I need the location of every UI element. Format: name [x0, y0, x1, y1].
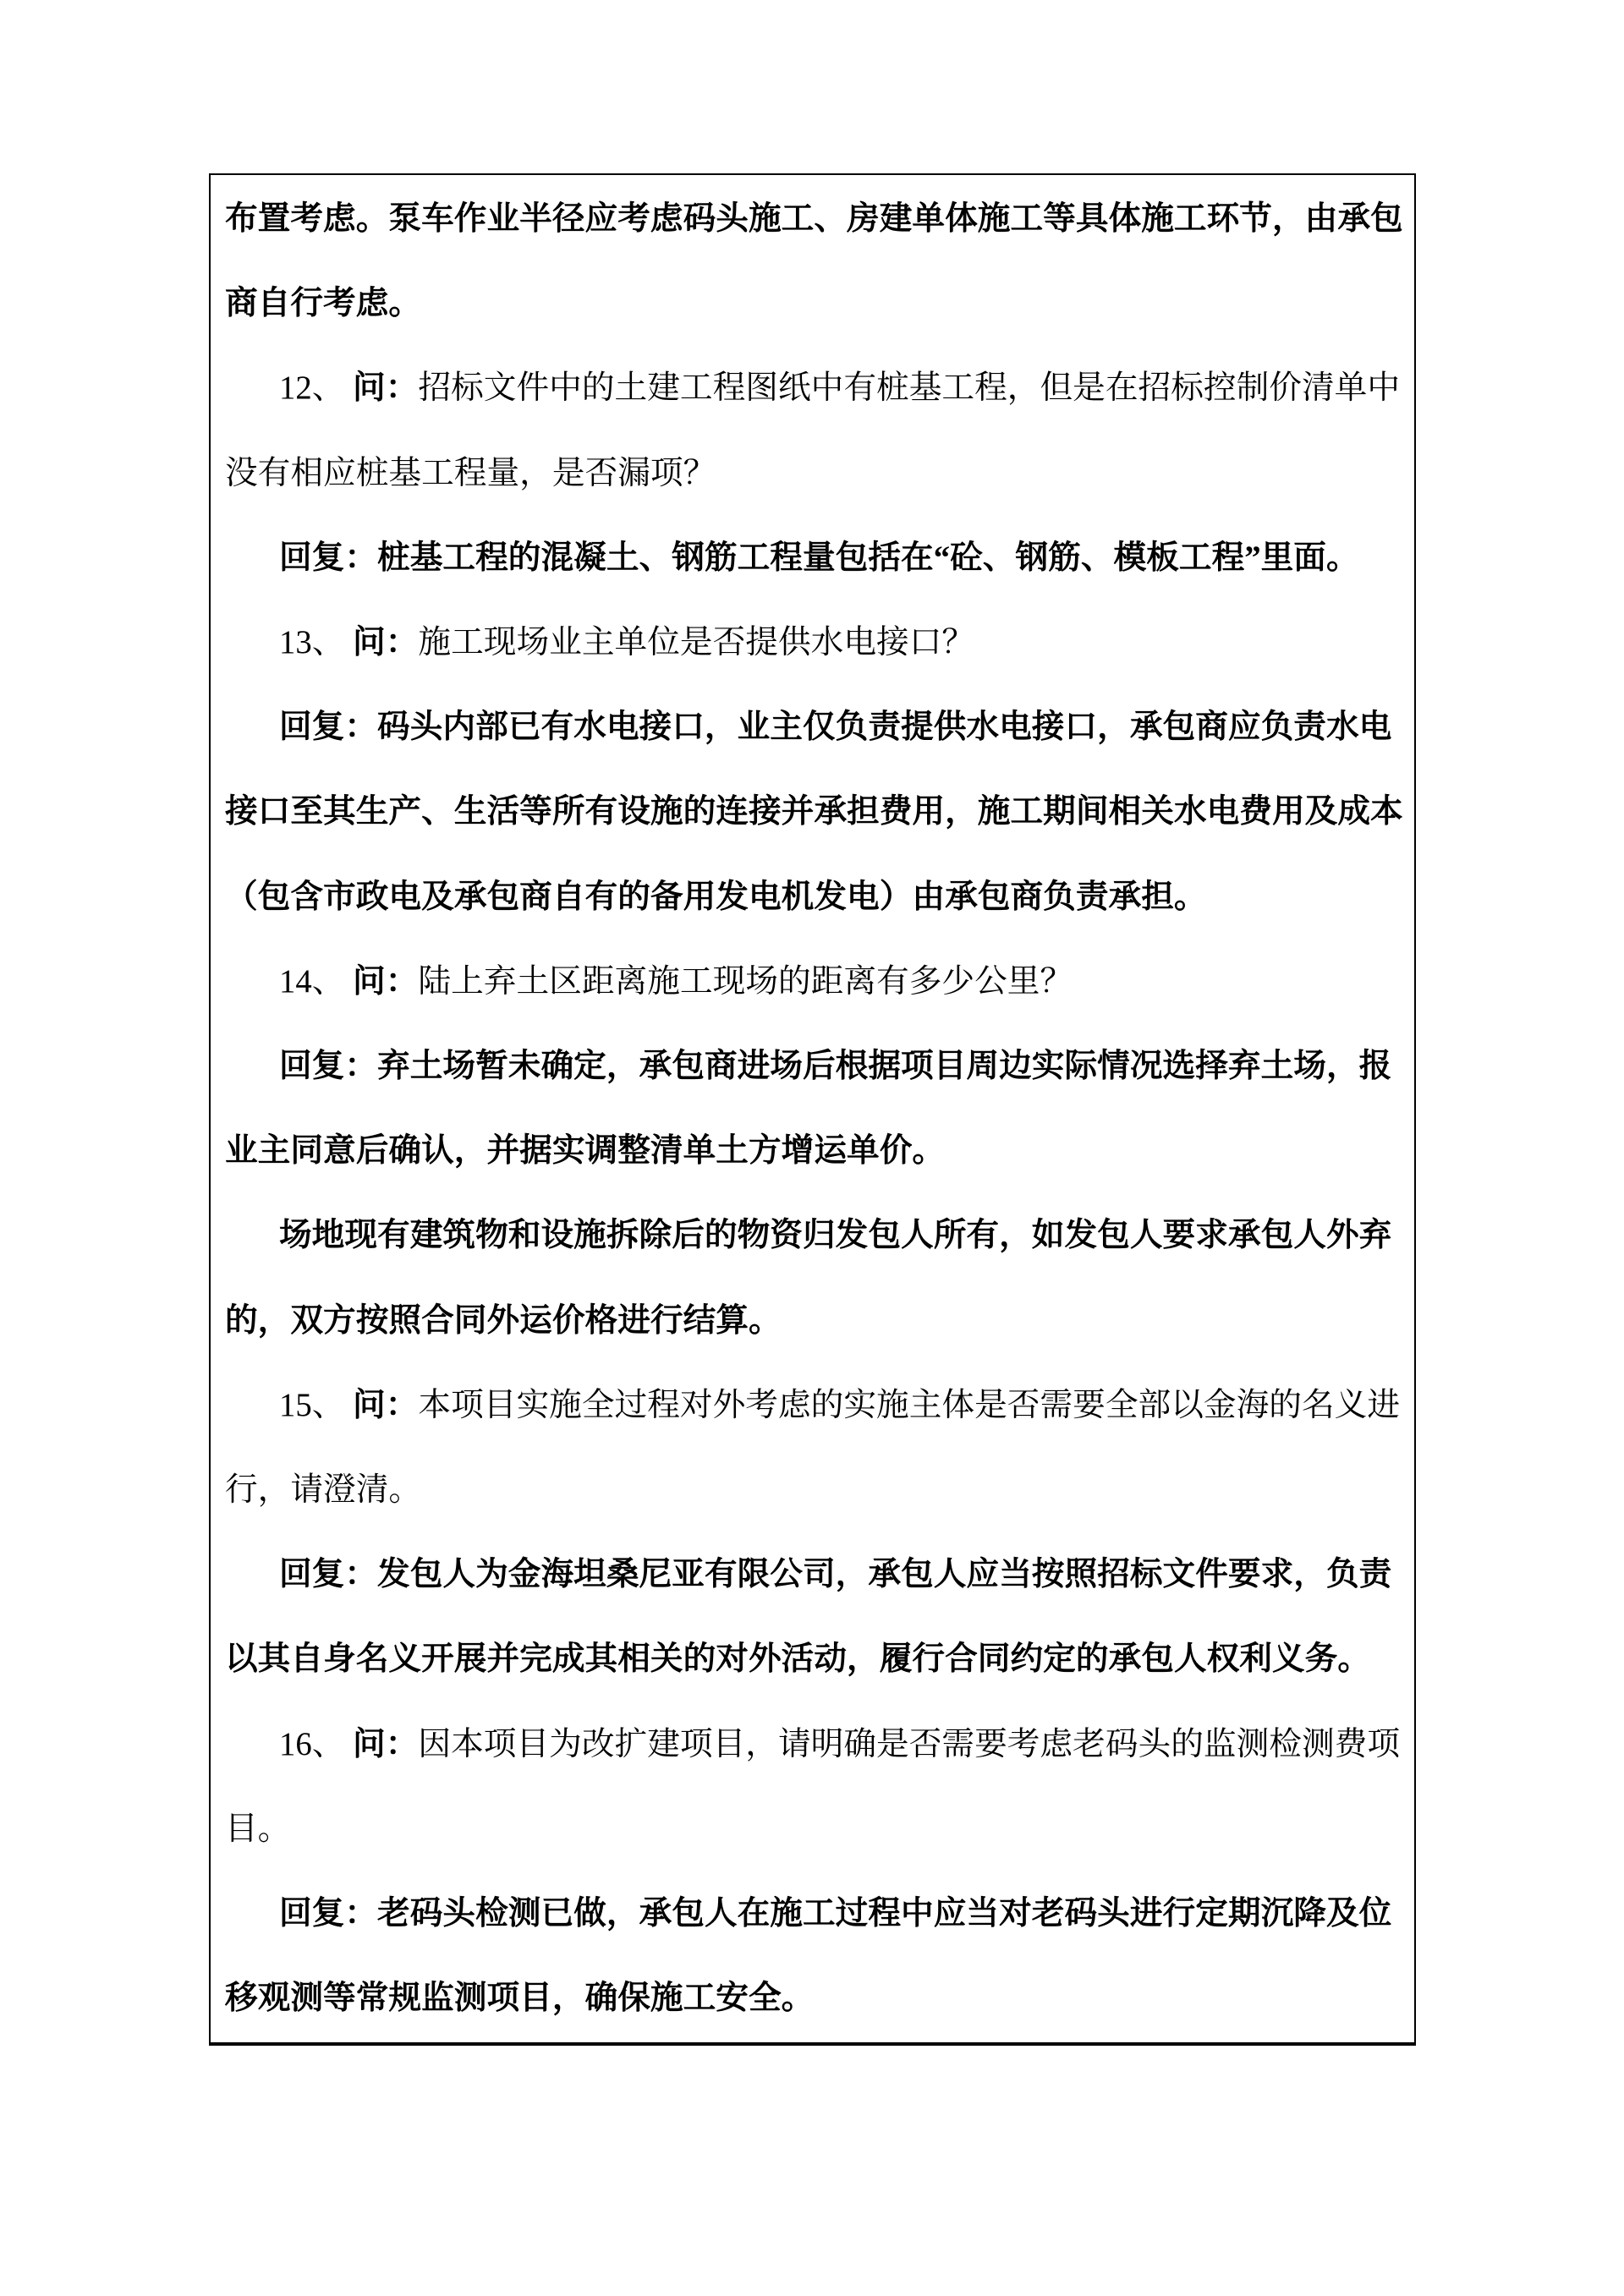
text-line-6: 13、 问：施工现场业主单位是否提供水电接口？ — [225, 600, 1407, 685]
text-line-9: （包含市政电及承包商自有的备用发电机发电）由承包商负责承担。 — [225, 855, 1407, 940]
text-line-21: 回复：老码头检测已做，承包人在施工过程中应当对老码头进行定期沉降及位 — [225, 1871, 1407, 1956]
text-segment-bold: 回复：发包人为金海坦桑尼亚有限公司，承包人应当按照招标文件要求，负责 — [279, 1557, 1391, 1592]
text-line-11: 回复：弃土场暂未确定，承包商进场后根据项目周边实际情况选择弃土场，报 — [225, 1024, 1407, 1109]
text-line-14: 的，双方按照合同外运价格进行结算。 — [225, 1279, 1407, 1363]
text-segment: 13、 — [279, 625, 353, 660]
text-segment-bold: 问： — [353, 964, 418, 1000]
text-segment-bold: 问： — [353, 625, 418, 660]
text-segment: 目。 — [225, 1811, 290, 1847]
text-segment-bold: 布置考虑。泵车作业半径应考虑码头施工、房建单体施工等具体施工环节，由承包 — [225, 201, 1403, 237]
text-segment-bold: 问： — [353, 370, 418, 406]
text-segment-bold: （包含市政电及承包商自有的备用发电机发电）由承包商负责承担。 — [225, 879, 1207, 915]
text-line-8: 接口至其生产、生活等所有设施的连接并承担费用，施工期间相关水电费用及成本 — [225, 770, 1407, 854]
text-segment-bold: 回复：老码头检测已做，承包人在施工过程中应当对老码头进行定期沉降及位 — [279, 1896, 1391, 1932]
text-line-20: 目。 — [225, 1787, 1407, 1871]
text-segment: 16、 — [279, 1727, 353, 1762]
text-segment-bold: 移观测等常规监测项目，确保施工安全。 — [225, 1981, 814, 2016]
qa-table-cell: 布置考虑。泵车作业半径应考虑码头施工、房建单体施工等具体施工环节，由承包商自行考… — [209, 173, 1416, 2046]
text-line-15: 15、 问：本项目实施全过程对外考虑的实施主体是否需要全部以金海的名义进 — [225, 1363, 1407, 1448]
text-segment-bold: 以其自身名义开展并完成其相关的对外活动，履行合同约定的承包人权利义务。 — [225, 1641, 1370, 1677]
text-segment: 因本项目为改扩建项目，请明确是否需要考虑老码头的监测检测费项 — [418, 1727, 1400, 1762]
text-segment: 招标文件中的土建工程图纸中有桩基工程，但是在招标控制价清单中 — [418, 370, 1400, 406]
text-segment-bold: 问： — [353, 1388, 418, 1423]
text-segment: 行，请澄清。 — [225, 1472, 421, 1508]
text-segment: 12、 — [279, 370, 353, 406]
text-segment-bold: 商自行考虑。 — [225, 286, 421, 321]
text-segment: 14、 — [279, 964, 353, 1000]
text-line-2: 商自行考虑。 — [225, 261, 1407, 346]
text-segment-bold: 回复：弃土场暂未确定，承包商进场后根据项目周边实际情况选择弃土场，报 — [279, 1049, 1391, 1084]
text-segment-bold: 回复：码头内部已有水电接口，业主仅负责提供水电接口，承包商应负责水电 — [279, 710, 1391, 745]
text-line-18: 以其自身名义开展并完成其相关的对外活动，履行合同约定的承包人权利义务。 — [225, 1617, 1407, 1701]
text-line-3: 12、 问：招标文件中的土建工程图纸中有桩基工程，但是在招标控制价清单中 — [225, 346, 1407, 430]
text-line-22: 移观测等常规监测项目，确保施工安全。 — [225, 1956, 1407, 2041]
text-line-4: 没有相应桩基工程量，是否漏项？ — [225, 431, 1407, 516]
text-segment-bold: 接口至其生产、生活等所有设施的连接并承担费用，施工期间相关水电费用及成本 — [225, 794, 1403, 830]
text-line-1: 布置考虑。泵车作业半径应考虑码头施工、房建单体施工等具体施工环节，由承包 — [225, 177, 1407, 261]
text-segment-bold: 问： — [353, 1727, 418, 1762]
text-segment: 15、 — [279, 1388, 353, 1423]
text-segment: 本项目实施全过程对外考虑的实施主体是否需要全部以金海的名义进 — [418, 1388, 1400, 1423]
text-line-13: 场地现有建筑物和设施拆除后的物资归发包人所有，如发包人要求承包人外弃 — [225, 1193, 1407, 1278]
text-line-5: 回复：桩基工程的混凝土、钢筋工程量包括在“砼、钢筋、模板工程”里面。 — [225, 516, 1407, 600]
text-segment-bold: 业主同意后确认，并据实调整清单土方增运单价。 — [225, 1133, 945, 1169]
text-line-17: 回复：发包人为金海坦桑尼亚有限公司，承包人应当按照招标文件要求，负责 — [225, 1532, 1407, 1617]
text-segment-bold: 回复：桩基工程的混凝土、钢筋工程量包括在“砼、钢筋、模板工程”里面。 — [279, 540, 1359, 576]
text-line-10: 14、 问：陆上弃土区距离施工现场的距离有多少公里？ — [225, 940, 1407, 1024]
text-line-7: 回复：码头内部已有水电接口，业主仅负责提供水电接口，承包商应负责水电 — [225, 685, 1407, 770]
text-segment-bold: 的，双方按照合同外运价格进行结算。 — [225, 1303, 782, 1339]
text-segment: 没有相应桩基工程量，是否漏项？ — [225, 456, 716, 491]
text-line-19: 16、 问：因本项目为改扩建项目，请明确是否需要考虑老码头的监测检测费项 — [225, 1702, 1407, 1787]
document-page: 布置考虑。泵车作业半径应考虑码头施工、房建单体施工等具体施工环节，由承包商自行考… — [0, 0, 1624, 2296]
text-segment: 施工现场业主单位是否提供水电接口？ — [418, 625, 974, 660]
text-segment-bold: 场地现有建筑物和设施拆除后的物资归发包人所有，如发包人要求承包人外弃 — [279, 1218, 1391, 1253]
text-segment: 陆上弃土区距离施工现场的距离有多少公里？ — [418, 964, 1073, 1000]
text-line-16: 行，请澄清。 — [225, 1448, 1407, 1532]
text-line-12: 业主同意后确认，并据实调整清单土方增运单价。 — [225, 1109, 1407, 1193]
